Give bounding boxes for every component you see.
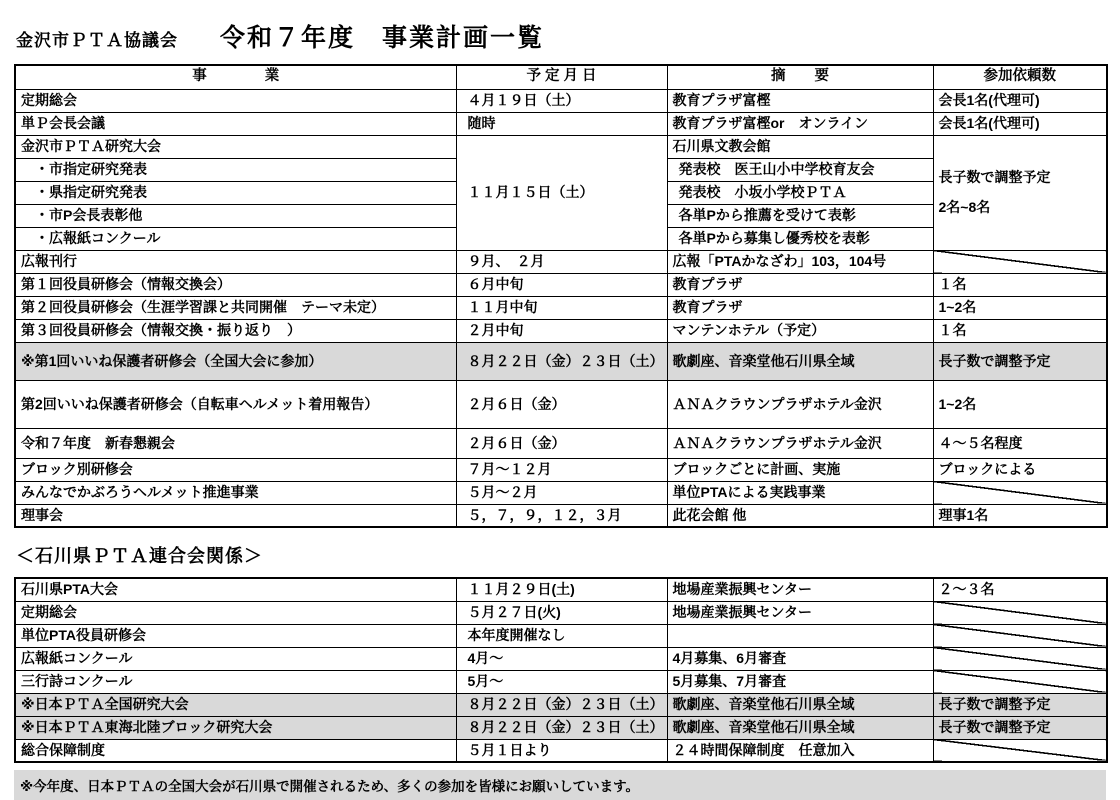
table-cell: １１月２９日(土) [456,578,667,601]
table-cell: 歌劇座、音楽堂他石川県全域 [667,716,933,739]
table-cell: 石川県文教会館 [667,135,933,158]
table-row: 単位PTA役員研修会本年度開催なし [15,624,1107,647]
table-cell: 各単Pから推薦を受けて表彰 [667,204,933,227]
table-cell: 教育プラザ [667,296,933,319]
table-cell: 広報紙コンクール [15,647,456,670]
table-cell: 長子数で調整予定 [933,693,1107,716]
table-cell: 長子数で調整予定 2名~8名 [933,135,1107,250]
table-row: 第１回役員研修会（情報交換会）６月中旬教育プラザ１名 [15,273,1107,296]
table-cell: 随時 [456,112,667,135]
business-plan-table: 事 業予 定 月 日摘 要参加依頼数定期総会４月１９日（土）教育プラザ富樫会長1… [14,64,1108,528]
table-cell: 三行詩コンクール [15,670,456,693]
table-cell: 定期総会 [15,89,456,112]
table-cell: ８月２２日（金）２３日（土） [456,342,667,380]
table-cell: ２４時間保障制度 任意加入 [667,739,933,762]
empty-cell-diagonal [933,601,1107,624]
footer-note: ※今年度、日本ＰＴＡの全国大会が石川県で開催されるため、多くの参加を皆様にお願い… [14,770,1106,800]
table-row: 三行詩コンクール5月～5月募集、7月審査 [15,670,1107,693]
table-row: ブロック別研修会７月～１２月ブロックごとに計画、実施ブロックによる [15,458,1107,481]
table-cell: 長子数で調整予定 [933,342,1107,380]
table-cell: ・市指定研究発表 [15,158,456,181]
table-cell: １名 [933,319,1107,342]
column-header: 予 定 月 日 [456,65,667,89]
column-header: 参加依頼数 [933,65,1107,89]
table-cell: ＡＮＡクラウンプラザホテル金沢 [667,380,933,428]
table-row: 定期総会４月１９日（土）教育プラザ富樫会長1名(代理可) [15,89,1107,112]
table-cell: ８月２２日（金）２３日（土） [456,716,667,739]
table-cell: みんなでかぶろうヘルメット推進事業 [15,481,456,504]
table-row: ※第1回いいね保護者研修会（全国大会に参加）８月２２日（金）２３日（土）歌劇座、… [15,342,1107,380]
table-row: 第２回役員研修会（生涯学習課と共同開催 テーマ未定）１１月中旬教育プラザ1~2名 [15,296,1107,319]
table-cell: ５月２７日(火) [456,601,667,624]
column-header: 事 業 [15,65,456,89]
table-cell [667,624,933,647]
table-cell: ２～３名 [933,578,1107,601]
table-cell: 石川県PTA大会 [15,578,456,601]
table-cell: １１月中旬 [456,296,667,319]
table-cell: １名 [933,273,1107,296]
table-row: みんなでかぶろうヘルメット推進事業５月～２月単位PTAによる実践事業 [15,481,1107,504]
table-cell: 会長1名(代理可) [933,112,1107,135]
table-cell: 本年度開催なし [456,624,667,647]
table-cell: ブロック別研修会 [15,458,456,481]
table-cell: 単Ｐ会長会議 [15,112,456,135]
table-cell: 単位PTA役員研修会 [15,624,456,647]
table-cell: ＡＮＡクラウンプラザホテル金沢 [667,428,933,458]
table-cell: ８月２２日（金）２３日（土） [456,693,667,716]
table-cell: 発表校 小坂小学校ＰＴＡ [667,181,933,204]
table-cell: ２月６日（金） [456,380,667,428]
table-cell: ２月６日（金） [456,428,667,458]
table-cell: 単位PTAによる実践事業 [667,481,933,504]
table-cell: 5月募集、7月審査 [667,670,933,693]
table-cell: 会長1名(代理可) [933,89,1107,112]
table-cell: 地場産業振興センター [667,578,933,601]
table-cell: ６月中旬 [456,273,667,296]
table-cell: 教育プラザ富樫or オンライン [667,112,933,135]
table-cell: 教育プラザ [667,273,933,296]
table-cell: 此花会館 他 [667,504,933,527]
table-cell: １１月１５日（土） [456,135,667,250]
table-cell: 4月募集、6月審査 [667,647,933,670]
table-cell: 1~2名 [933,380,1107,428]
table-row: ※日本ＰＴＡ全国研究大会８月２２日（金）２３日（土）歌劇座、音楽堂他石川県全域長… [15,693,1107,716]
table-cell: ４月１９日（土） [456,89,667,112]
table-cell: 第３回役員研修会（情報交換・振り返り ） [15,319,456,342]
table-cell: 理事1名 [933,504,1107,527]
table-cell: ※日本ＰＴＡ東海北陸ブロック研究大会 [15,716,456,739]
table-cell: 歌劇座、音楽堂他石川県全域 [667,693,933,716]
empty-cell-diagonal [933,647,1107,670]
table-row: 広報刊行９月、 ２月広報「PTAかなざわ」103，104号 [15,250,1107,273]
empty-cell-diagonal [933,739,1107,762]
table-cell: ブロックごとに計画、実施 [667,458,933,481]
table-cell: 広報「PTAかなざわ」103，104号 [667,250,933,273]
table-cell: ※日本ＰＴＡ全国研究大会 [15,693,456,716]
table-cell: ５月１日より [456,739,667,762]
table-row: 石川県PTA大会１１月２９日(土)地場産業振興センター２～３名 [15,578,1107,601]
header-row: 事 業予 定 月 日摘 要参加依頼数 [15,65,1107,89]
table-cell: ５，７，９，１２，３月 [456,504,667,527]
table-cell: 金沢市ＰＴＡ研究大会 [15,135,456,158]
prefecture-pta-table: 石川県PTA大会１１月２９日(土)地場産業振興センター２～３名定期総会５月２７日… [14,577,1108,763]
table-cell: 長子数で調整予定 [933,716,1107,739]
table-cell: 定期総会 [15,601,456,624]
table-row: 総合保障制度５月１日より２４時間保障制度 任意加入 [15,739,1107,762]
page-title: 令和７年度 事業計画一覧 [220,18,544,54]
table-cell: ・県指定研究発表 [15,181,456,204]
table-row: 令和７年度 新春懇親会２月６日（金）ＡＮＡクラウンプラザホテル金沢４～５名程度 [15,428,1107,458]
table-row: 金沢市ＰＴＡ研究大会１１月１５日（土）石川県文教会館長子数で調整予定 2名~8名 [15,135,1107,158]
document-page: 金沢市ＰＴＡ協議会 令和７年度 事業計画一覧 事 業予 定 月 日摘 要参加依頼… [0,0,1120,791]
table-row: 広報紙コンクール4月～4月募集、6月審査 [15,647,1107,670]
table-cell: ５月～２月 [456,481,667,504]
table-cell: ４～５名程度 [933,428,1107,458]
table-cell: ２月中旬 [456,319,667,342]
table-cell: 理事会 [15,504,456,527]
table-cell: ブロックによる [933,458,1107,481]
table-cell: 地場産業振興センター [667,601,933,624]
table-row: 第2回いいね保護者研修会（自転車ヘルメット着用報告）２月６日（金）ＡＮＡクラウン… [15,380,1107,428]
table-cell: 教育プラザ富樫 [667,89,933,112]
table-cell: ・広報紙コンクール [15,227,456,250]
table-cell: 第2回いいね保護者研修会（自転車ヘルメット着用報告） [15,380,456,428]
table-cell: ９月、 ２月 [456,250,667,273]
table-cell: 5月～ [456,670,667,693]
table-row: 理事会５，７，９，１２，３月此花会館 他理事1名 [15,504,1107,527]
title-block: 金沢市ＰＴＡ協議会 令和７年度 事業計画一覧 [16,18,1106,54]
org-name: 金沢市ＰＴＡ協議会 [16,26,178,51]
table-cell: 広報刊行 [15,250,456,273]
empty-cell-diagonal [933,481,1107,504]
table-cell: 発表校 医王山小中学校育友会 [667,158,933,181]
column-header: 摘 要 [667,65,933,89]
table-cell: 総合保障制度 [15,739,456,762]
table-cell: マンテンホテル（予定） [667,319,933,342]
table-cell: 令和７年度 新春懇親会 [15,428,456,458]
pref-section-heading: ＜石川県ＰＴＡ連合会関係＞ [16,542,1106,568]
table-row: 定期総会５月２７日(火)地場産業振興センター [15,601,1107,624]
table-cell: 各単Pから募集し優秀校を表彰 [667,227,933,250]
empty-cell-diagonal [933,670,1107,693]
table-cell: 1~2名 [933,296,1107,319]
table-cell: 4月～ [456,647,667,670]
table-cell: 第２回役員研修会（生涯学習課と共同開催 テーマ未定） [15,296,456,319]
table-cell: ７月～１２月 [456,458,667,481]
empty-cell-diagonal [933,624,1107,647]
table-cell: ・市P会長表彰他 [15,204,456,227]
empty-cell-diagonal [933,250,1107,273]
table-row: 第３回役員研修会（情報交換・振り返り ）２月中旬マンテンホテル（予定）１名 [15,319,1107,342]
table-row: 単Ｐ会長会議随時教育プラザ富樫or オンライン会長1名(代理可) [15,112,1107,135]
table-cell: 歌劇座、音楽堂他石川県全域 [667,342,933,380]
table-cell: ※第1回いいね保護者研修会（全国大会に参加） [15,342,456,380]
table-cell: 第１回役員研修会（情報交換会） [15,273,456,296]
table-row: ※日本ＰＴＡ東海北陸ブロック研究大会８月２２日（金）２３日（土）歌劇座、音楽堂他… [15,716,1107,739]
